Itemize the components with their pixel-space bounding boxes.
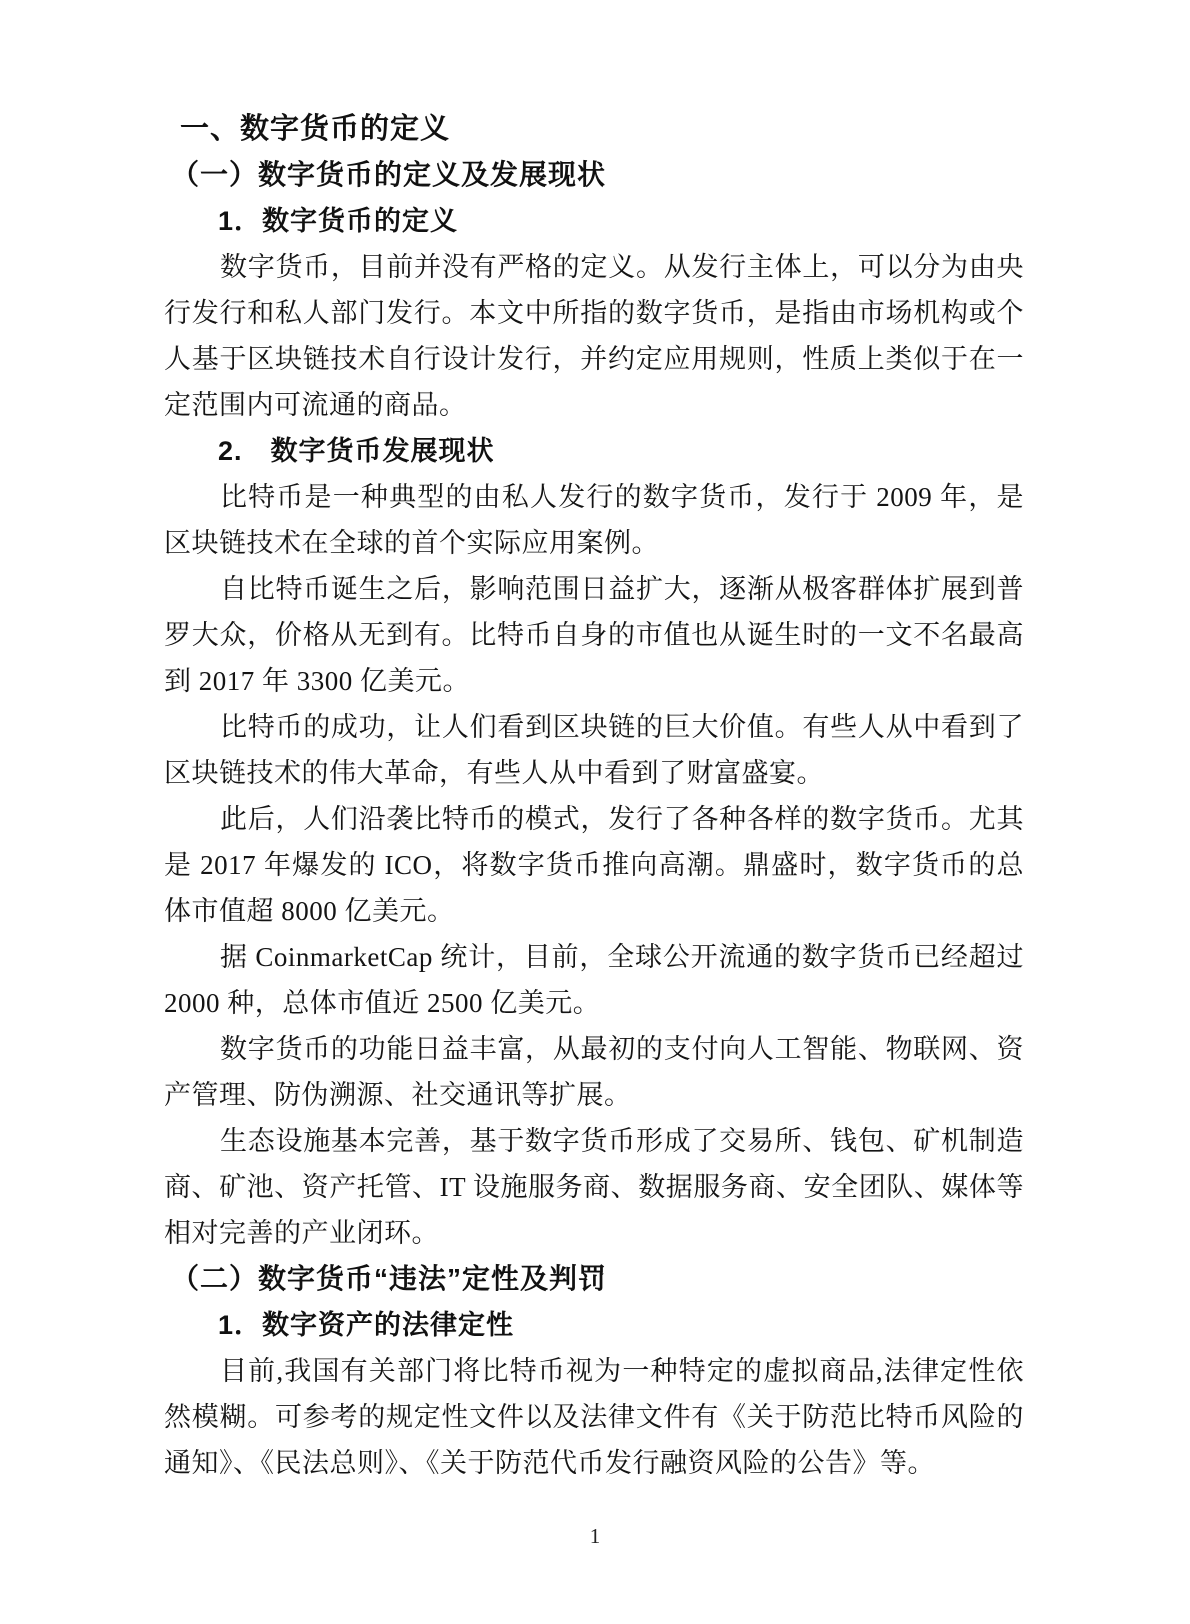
paragraph-coinmarketcap: 据 CoinmarketCap 统计，目前，全球公开流通的数字货币已经超过 20… — [164, 934, 1024, 1026]
heading-section-1: 一、数字货币的定义 — [164, 106, 1024, 152]
document-page: 一、数字货币的定义 （一）数字货币的定义及发展现状 1．数字货币的定义 数字货币… — [0, 0, 1190, 1624]
paragraph-ico-boom: 此后，人们沿袭比特币的模式，发行了各种各样的数字货币。尤其是 2017 年爆发的… — [164, 796, 1024, 934]
paragraph-bitcoin-growth: 自比特币诞生之后，影响范围日益扩大，逐渐从极客群体扩展到普罗大众，价格从无到有。… — [164, 566, 1024, 704]
heading-item-1-1-2: 2. 数字货币发展现状 — [164, 428, 1024, 474]
paragraph-bitcoin-origin: 比特币是一种典型的由私人发行的数字货币，发行于 2009 年，是区块链技术在全球… — [164, 474, 1024, 566]
paragraph-functions: 数字货币的功能日益丰富，从最初的支付向人工智能、物联网、资产管理、防伪溯源、社交… — [164, 1026, 1024, 1118]
document-content: 一、数字货币的定义 （一）数字货币的定义及发展现状 1．数字货币的定义 数字货币… — [164, 106, 1024, 1486]
paragraph-legal-status: 目前,我国有关部门将比特币视为一种特定的虚拟商品,法律定性依然模糊。可参考的规定… — [164, 1348, 1024, 1486]
paragraph-ecosystem: 生态设施基本完善，基于数字货币形成了交易所、钱包、矿机制造商、矿池、资产托管、I… — [164, 1118, 1024, 1256]
paragraph-definition: 数字货币，目前并没有严格的定义。从发行主体上，可以分为由央行发行和私人部门发行。… — [164, 244, 1024, 428]
heading-item-1-1-1: 1．数字货币的定义 — [164, 198, 1024, 244]
paragraph-bitcoin-success: 比特币的成功，让人们看到区块链的巨大价值。有些人从中看到了区块链技术的伟大革命，… — [164, 704, 1024, 796]
page-number: 1 — [590, 1524, 601, 1548]
heading-item-1-2-1: 1．数字资产的法律定性 — [164, 1302, 1024, 1348]
page-footer: 1 — [0, 1524, 1190, 1549]
heading-subsection-1-2: （二）数字货币“违法”定性及判罚 — [164, 1256, 1024, 1302]
heading-subsection-1-1: （一）数字货币的定义及发展现状 — [164, 152, 1024, 198]
